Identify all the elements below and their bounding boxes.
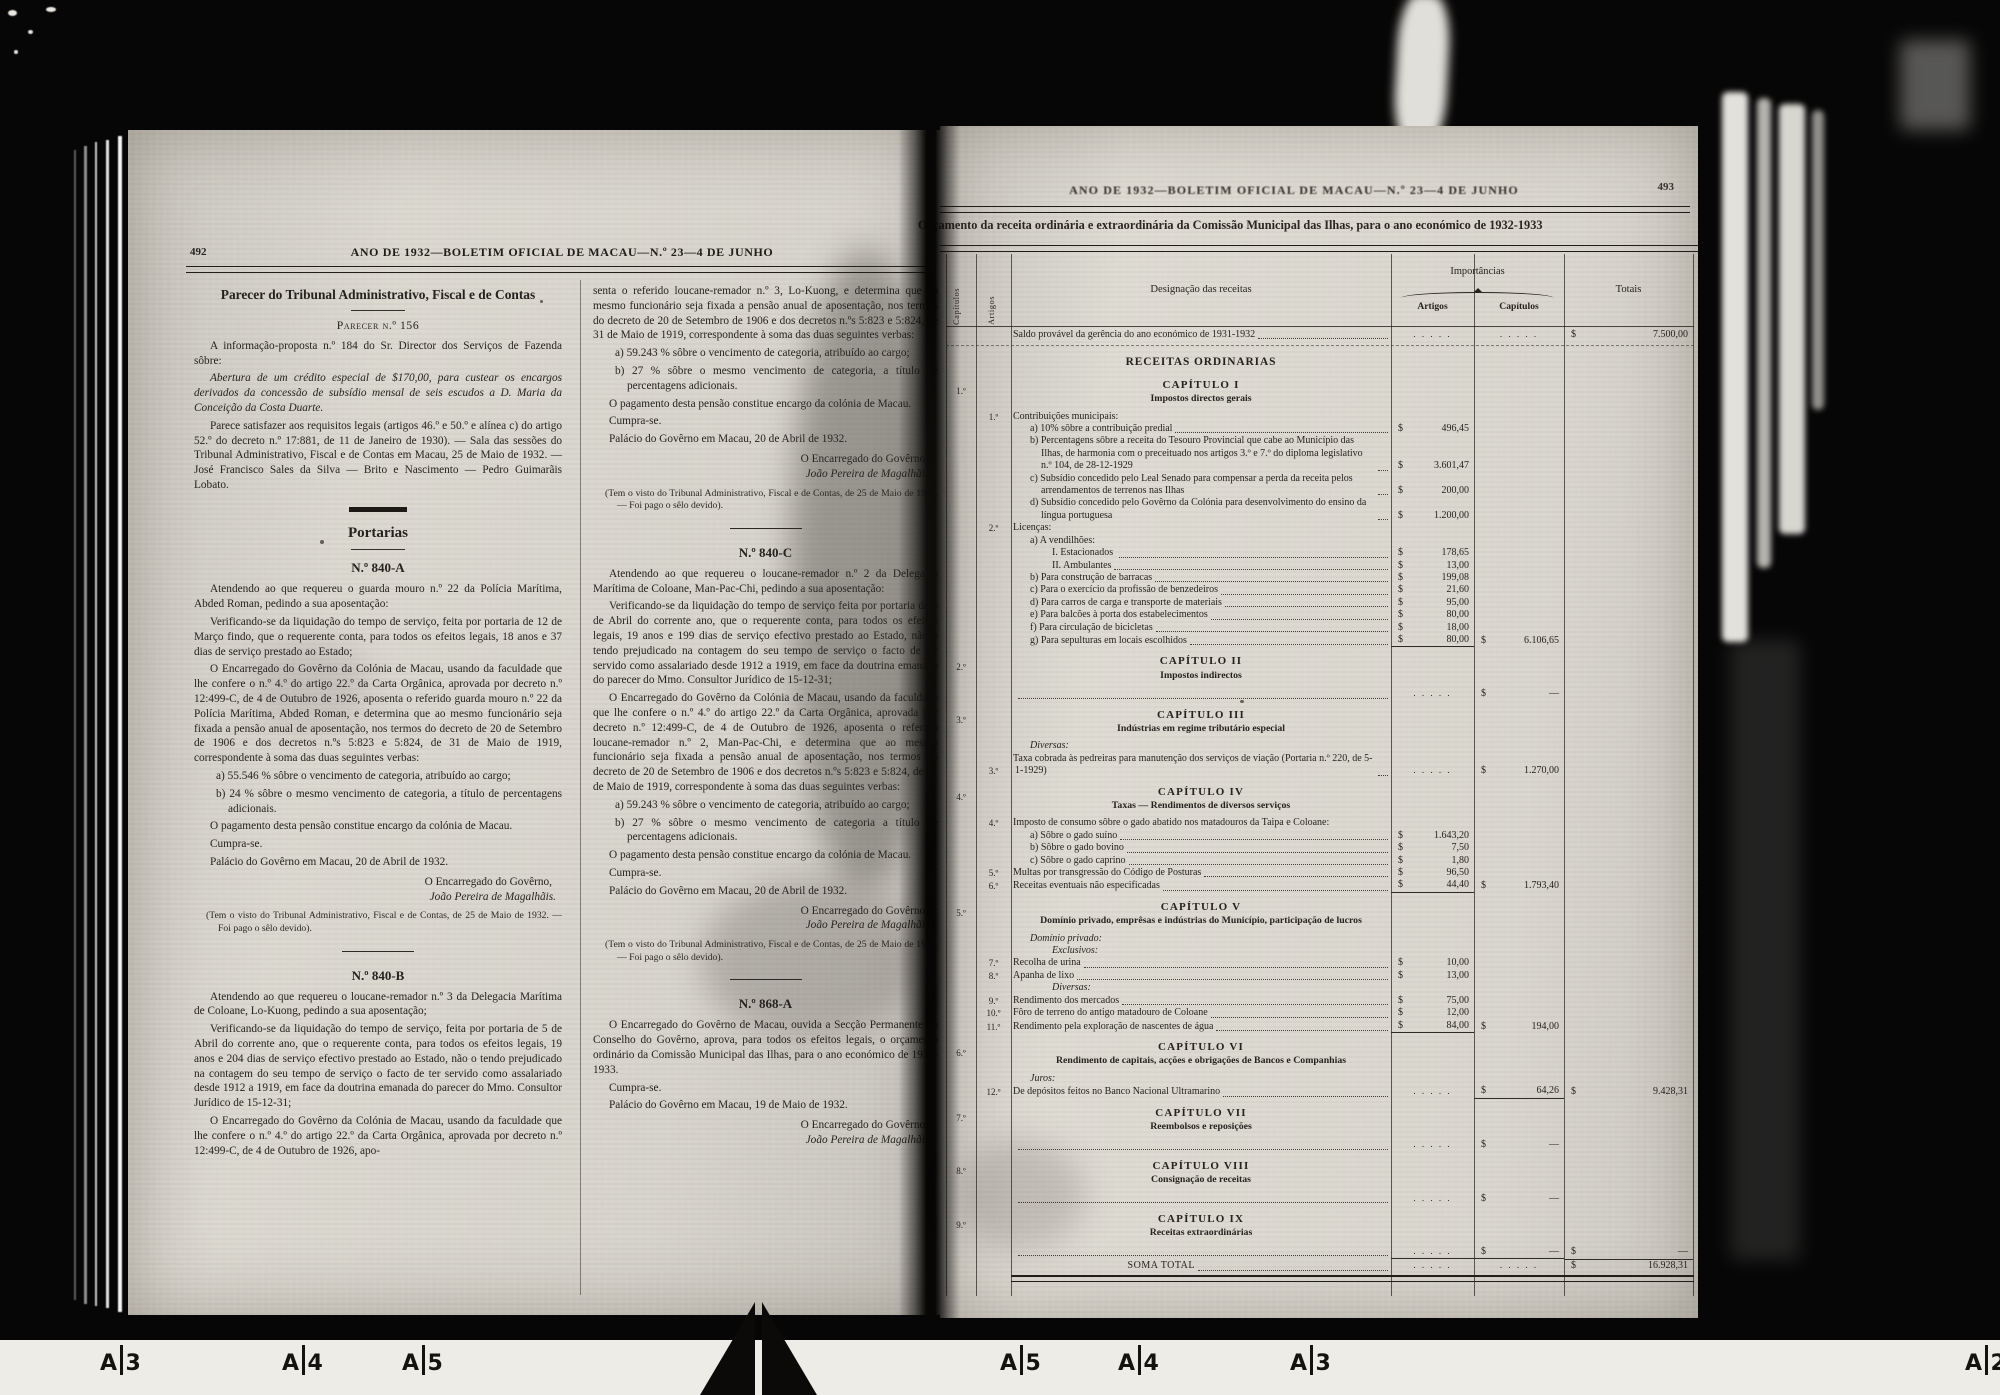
chapter-subtitle: Rendimento de capitais, acções e obrigaç… bbox=[1011, 1055, 1391, 1067]
designation: a) Sôbre o gado suíno bbox=[1011, 830, 1391, 842]
designation: Rendimento dos mercados bbox=[1011, 995, 1391, 1007]
table-row: d) Para carros de carga e transporte de … bbox=[946, 597, 1694, 609]
amount-value: 3.601,47 bbox=[1434, 460, 1469, 472]
frame-marker-letter: A bbox=[1965, 1353, 1982, 1375]
amount-value: 6.106,65 bbox=[1524, 635, 1559, 647]
article-number: 7.º bbox=[976, 957, 1011, 969]
designation-cell: b) Percentagens sôbre a receita do Tesou… bbox=[1011, 435, 1391, 472]
designation-cell: CAPÍTULO VIIReembolsos e reposições bbox=[1011, 1099, 1391, 1139]
table-row: d) Subsídio concedido pelo Govêrno da Co… bbox=[946, 497, 1694, 522]
page-header: ANO DE 1932—BOLETIM OFICIAL DE MACAU—N.º… bbox=[218, 245, 906, 260]
dollar-sign: $ bbox=[1398, 560, 1403, 572]
dollar-sign: $ bbox=[1398, 867, 1403, 879]
designation-cell: c) Sôbre o gado caprino bbox=[1011, 855, 1391, 867]
designation-cell: a) A vendilhões: bbox=[1011, 535, 1391, 547]
designation: Recolha de urina bbox=[1011, 957, 1391, 969]
dollar-sign: $ bbox=[1398, 1007, 1403, 1019]
designation-cell: Diversas: bbox=[1011, 740, 1391, 752]
designation: Fôro de terreno do antigo matadouro de C… bbox=[1011, 1007, 1391, 1019]
chapter-heading-row: 7.ºCAPÍTULO VIIReembolsos e reposições bbox=[946, 1099, 1694, 1139]
dollar-sign: $ bbox=[1398, 879, 1403, 891]
dotted-leader bbox=[1163, 890, 1388, 891]
amount-cell: $80,00 bbox=[1391, 609, 1474, 621]
page-edge-line bbox=[95, 142, 97, 1306]
importancias-brace bbox=[1401, 292, 1554, 298]
section-heading-row: RECEITAS ORDINARIAS bbox=[946, 350, 1694, 370]
designation-label: II. Ambulantes bbox=[1063, 560, 1111, 572]
designation-label: I. Estacionados bbox=[1063, 547, 1116, 559]
designation-label: b) Para construção de barracas bbox=[1041, 572, 1152, 584]
table-row: 12.ºDe depósitos feitos no Banco Naciona… bbox=[946, 1085, 1694, 1098]
designation: Contribuições municipais: bbox=[1011, 411, 1391, 423]
amount-cell: $7.500,00 bbox=[1564, 329, 1693, 341]
amount-cell: . . . . . bbox=[1391, 1192, 1474, 1205]
designation-label: Recolha de urina bbox=[1015, 957, 1081, 969]
designation: b) Para construção de barracas bbox=[1011, 572, 1391, 584]
amount-value: — bbox=[1549, 1139, 1559, 1151]
amount-cell: $12,00 bbox=[1391, 1007, 1474, 1019]
amount-value: 496,45 bbox=[1442, 423, 1470, 435]
table-header: Capítulos Artigos Designação das receita… bbox=[946, 254, 1694, 326]
amount-cell: $178,65 bbox=[1391, 547, 1474, 559]
film-scratch bbox=[1900, 40, 1970, 130]
amount-value: — bbox=[1549, 688, 1559, 700]
amount-value: 200,00 bbox=[1442, 485, 1470, 497]
amount-cell: . . . . . bbox=[1391, 764, 1474, 777]
budget-table-title: Orçamento da receita ordinária e extraor… bbox=[918, 218, 1690, 233]
page-edge-line bbox=[84, 146, 87, 1304]
designation-label: a) Sôbre o gado suíno bbox=[1041, 830, 1117, 842]
frame-marker: A4 bbox=[1118, 1345, 1159, 1375]
dotted-leader bbox=[1175, 432, 1388, 433]
amount: $194,00 bbox=[1474, 1021, 1564, 1033]
thin-divider bbox=[351, 310, 405, 311]
amount: $95,00 bbox=[1391, 597, 1474, 609]
designation-label: Fôro de terreno do antigo matadouro de C… bbox=[1015, 1007, 1208, 1019]
dollar-sign: $ bbox=[1398, 842, 1403, 854]
dotted-leader bbox=[1378, 519, 1388, 520]
page-number: 493 bbox=[1658, 181, 1675, 193]
designation-cell: c) Para o exercício da profissão de benz… bbox=[1011, 584, 1391, 596]
dotted-leader bbox=[1077, 979, 1388, 980]
designation-cell: Receitas eventuais não especificadas bbox=[1011, 880, 1391, 892]
signature-role: O Encarregado do Govêrno, bbox=[593, 1118, 938, 1133]
designation-label: Multas por transgressão do Código de Pos… bbox=[1015, 867, 1201, 879]
table-row: Domínio privado: bbox=[946, 933, 1694, 945]
designation: Imposto de consumo sôbre o gado abatido … bbox=[1011, 817, 1391, 829]
article-number: 10.º bbox=[976, 1007, 1011, 1019]
film-scratch bbox=[1722, 92, 1748, 642]
dollar-sign: $ bbox=[1398, 622, 1403, 634]
frame-marker: A3 bbox=[100, 1345, 141, 1375]
page-header: ANO DE 1932—BOLETIM OFICIAL DE MACAU—N.º… bbox=[966, 183, 1622, 198]
designation-cell: c) Subsídio concedido pelo Leal Senado p… bbox=[1011, 473, 1391, 498]
designation-label: Apanha de lixo bbox=[1015, 970, 1074, 982]
dollar-sign: $ bbox=[1481, 765, 1486, 777]
designation bbox=[1011, 1255, 1391, 1258]
ordinance-number-heading: N.º 840-B bbox=[194, 967, 562, 984]
empty-value-dots: . . . . . bbox=[1391, 764, 1474, 777]
amount: $1.200,00 bbox=[1391, 510, 1474, 522]
designation: c) Subsídio concedido pelo Leal Senado p… bbox=[1011, 473, 1391, 498]
table-header-rule bbox=[946, 326, 1694, 327]
article-number: 6.º bbox=[976, 880, 1011, 892]
dotted-leader bbox=[1127, 852, 1388, 853]
amount: $16.928,31 bbox=[1564, 1260, 1693, 1272]
table-row: 1.ºContribuições municipais: bbox=[946, 411, 1694, 423]
amount: $10,00 bbox=[1391, 957, 1474, 969]
dotted-leader bbox=[1122, 1004, 1388, 1005]
table-row: g) Para sepulturas em locais escolhidos$… bbox=[946, 634, 1694, 647]
designation-cell: Imposto de consumo sôbre o gado abatido … bbox=[1011, 817, 1391, 829]
dotted-leader bbox=[1018, 1255, 1388, 1256]
amount: $200,00 bbox=[1391, 485, 1474, 497]
frame-marker-number: 3 bbox=[126, 1353, 141, 1375]
amount-value: 1.200,00 bbox=[1434, 510, 1469, 522]
designation: Multas por transgressão do Código de Pos… bbox=[1011, 867, 1391, 879]
designation: Saldo provável da gerência do ano económ… bbox=[1011, 329, 1391, 341]
amount-value: 178,65 bbox=[1442, 547, 1470, 559]
designation-cell: f) Para circulação de bicicletas bbox=[1011, 622, 1391, 634]
dollar-sign: $ bbox=[1398, 609, 1403, 621]
designation: Receitas eventuais não especificadas bbox=[1011, 880, 1391, 892]
designation: a) A vendilhões: bbox=[1011, 535, 1391, 547]
frame-marker-number: 4 bbox=[1144, 1353, 1159, 1375]
dollar-sign: $ bbox=[1481, 1246, 1486, 1258]
film-speck bbox=[14, 50, 18, 54]
amount-cell: . . . . . bbox=[1391, 687, 1474, 700]
designation-label: Rendimento pela exploração de nascentes … bbox=[1015, 1021, 1213, 1033]
column-header-capitulos: Capítulos bbox=[1474, 301, 1564, 313]
designation-cell: Rendimento dos mercados bbox=[1011, 995, 1391, 1007]
designation: Juros: bbox=[1011, 1073, 1391, 1085]
amount-cell: . . . . . bbox=[1391, 328, 1474, 341]
designation-cell: De depósitos feitos no Banco Nacional Ul… bbox=[1011, 1086, 1391, 1098]
film-scratch bbox=[1730, 640, 1800, 1260]
header-rule bbox=[940, 206, 1690, 213]
film-speck bbox=[28, 30, 33, 34]
column-header-artigos-rotated: Artigos bbox=[985, 259, 997, 325]
amount: $13,00 bbox=[1391, 560, 1474, 572]
dotted-leader bbox=[1119, 557, 1388, 558]
signature-name: João Pereira de Magalhãis. bbox=[194, 890, 562, 905]
amount-cell: . . . . . bbox=[1474, 1258, 1564, 1272]
dotted-leader bbox=[1378, 470, 1388, 471]
frame-marker-letter: A bbox=[1118, 1353, 1135, 1375]
designation-cell bbox=[1011, 1255, 1391, 1258]
designation-label: d) Subsídio concedido pelo Govêrno da Co… bbox=[1041, 497, 1375, 522]
paragraph: Parece satisfazer aos requisitos legais … bbox=[194, 419, 562, 493]
dollar-sign: $ bbox=[1481, 1021, 1486, 1033]
designation-cell: Multas por transgressão do Código de Pos… bbox=[1011, 867, 1391, 879]
amount-cell: . . . . . bbox=[1391, 1245, 1474, 1258]
amount-value: 84,00 bbox=[1447, 1020, 1470, 1032]
amount: $— bbox=[1474, 688, 1564, 700]
amount: $13,00 bbox=[1391, 970, 1474, 982]
amount: $7,50 bbox=[1391, 842, 1474, 854]
designation: a) 10% sôbre a contribuição predial bbox=[1011, 423, 1391, 435]
designation: e) Para balcões à porta dos estabelecime… bbox=[1011, 609, 1391, 621]
dotted-leader bbox=[1225, 606, 1388, 607]
article-number: 2.º bbox=[976, 522, 1011, 534]
title-rule bbox=[940, 245, 1698, 252]
designation: Domínio privado: bbox=[1011, 933, 1391, 945]
article-number: 4.º bbox=[976, 817, 1011, 829]
table-row: b) Percentagens sôbre a receita do Tesou… bbox=[946, 435, 1694, 472]
dotted-leader bbox=[1204, 876, 1388, 877]
amount-cell: $3.601,47 bbox=[1391, 460, 1474, 472]
amount-cell: . . . . . bbox=[1474, 328, 1564, 341]
designation-label: De depósitos feitos no Banco Nacional Ul… bbox=[1015, 1086, 1220, 1098]
designation-cell: d) Para carros de carga e transporte de … bbox=[1011, 597, 1391, 609]
designation: Taxa cobrada às pedreiras para manutençã… bbox=[1011, 753, 1391, 778]
table-row: Exclusivos: bbox=[946, 945, 1694, 957]
dollar-sign: $ bbox=[1398, 957, 1403, 969]
designation: c) Para o exercício da profissão de benz… bbox=[1011, 584, 1391, 596]
dollar-sign: $ bbox=[1481, 635, 1486, 647]
visto-note: (Tem o visto do Tribunal Administrativo,… bbox=[194, 910, 562, 935]
amount: $178,65 bbox=[1391, 547, 1474, 559]
designation-cell: Juros: bbox=[1011, 1073, 1391, 1085]
table-row: b) Para construção de barracas$199,08 bbox=[946, 572, 1694, 584]
page-edge-line bbox=[74, 150, 76, 1300]
table-row: c) Subsídio concedido pelo Leal Senado p… bbox=[946, 473, 1694, 498]
amount-cell: $10,00 bbox=[1391, 957, 1474, 969]
designation-label: Rendimento dos mercados bbox=[1015, 995, 1119, 1007]
designation-cell: Licenças: bbox=[1011, 522, 1391, 534]
dollar-sign: $ bbox=[1398, 995, 1403, 1007]
designation: Diversas: bbox=[1011, 740, 1391, 752]
designation-label: Juros: bbox=[1041, 1073, 1055, 1085]
amount-cell: $194,00 bbox=[1474, 1021, 1564, 1033]
designation-label: Taxa cobrada às pedreiras para manutençã… bbox=[1015, 753, 1375, 778]
article-number: 12.º bbox=[976, 1086, 1011, 1098]
dollar-sign: $ bbox=[1398, 970, 1403, 982]
chapter-subtitle: Taxas — Rendimentos de diversos serviços bbox=[1011, 800, 1391, 812]
amount-cell: . . . . . bbox=[1391, 1138, 1474, 1151]
table-row: Diversas: bbox=[946, 740, 1694, 752]
film-scratch bbox=[1757, 98, 1771, 568]
dollar-sign: $ bbox=[1398, 485, 1403, 497]
table-row: 2.ºLicenças: bbox=[946, 522, 1694, 534]
dollar-sign: $ bbox=[1571, 1260, 1576, 1272]
dollar-sign: $ bbox=[1398, 584, 1403, 596]
table-row: I. Estacionados$178,65 bbox=[946, 547, 1694, 559]
designation: De depósitos feitos no Banco Nacional Ul… bbox=[1011, 1086, 1391, 1098]
list-item: a) 55.546 % sôbre o vencimento de catego… bbox=[194, 769, 562, 784]
designation-label: Contribuições municipais: bbox=[1015, 411, 1118, 423]
film-smudge bbox=[790, 250, 940, 890]
dotted-leader bbox=[1216, 1030, 1388, 1031]
dotted-leader bbox=[1129, 864, 1388, 865]
paragraph: Palácio do Govêrno em Macau, 20 de Abril… bbox=[194, 855, 562, 870]
designation-cell: e) Para balcões à porta dos estabelecime… bbox=[1011, 609, 1391, 621]
designation-label: e) Para balcões à porta dos estabelecime… bbox=[1041, 609, 1208, 621]
section-title: RECEITAS ORDINARIAS bbox=[1011, 356, 1391, 368]
dotted-leader bbox=[1018, 1149, 1388, 1150]
chapter-heading-row: 4.ºCAPÍTULO IVTaxas — Rendimentos de div… bbox=[946, 778, 1694, 818]
amount-cell: $1,80 bbox=[1391, 855, 1474, 867]
designation-cell: Fôro de terreno do antigo matadouro de C… bbox=[1011, 1007, 1391, 1019]
grand-total-double-rule bbox=[1011, 1275, 1694, 1282]
table-row: 9.ºRendimento dos mercados$75,00 bbox=[946, 995, 1694, 1007]
frame-marker: A4 bbox=[282, 1345, 323, 1375]
designation-label: f) Para circulação de bicicletas bbox=[1041, 622, 1153, 634]
amount-cell: $200,00 bbox=[1391, 485, 1474, 497]
chapter-heading-row: 1.ºCAPÍTULO IImpostos directos gerais bbox=[946, 371, 1694, 411]
amount: $— bbox=[1474, 1246, 1564, 1258]
film-smudge bbox=[955, 1140, 1085, 1250]
film-speck bbox=[46, 7, 56, 12]
amount-cell: $75,00 bbox=[1391, 995, 1474, 1007]
designation-cell: b) Sôbre o gado bovino bbox=[1011, 842, 1391, 854]
amount-cell: $496,45 bbox=[1391, 423, 1474, 435]
frame-marker-letter: A bbox=[1000, 1353, 1017, 1375]
designation-label: Imposto de consumo sôbre o gado abatido … bbox=[1015, 817, 1329, 829]
amount: $21,60 bbox=[1391, 584, 1474, 596]
thin-divider bbox=[351, 549, 405, 550]
empty-value-dots: . . . . . bbox=[1391, 328, 1474, 341]
page-edge-line bbox=[106, 140, 109, 1308]
paragraph: Atendendo ao que requereu o loucane-rema… bbox=[194, 990, 562, 1020]
amount-cell: $95,00 bbox=[1391, 597, 1474, 609]
designation-label: Domínio privado: bbox=[1041, 933, 1102, 945]
designation-label: c) Subsídio concedido pelo Leal Senado p… bbox=[1041, 473, 1375, 498]
chapter-subtitle: Impostos directos gerais bbox=[1011, 393, 1391, 405]
frame-marker-bar bbox=[1020, 1345, 1023, 1375]
designation-cell: II. Ambulantes bbox=[1011, 560, 1391, 572]
thick-divider bbox=[349, 507, 407, 512]
dollar-sign: $ bbox=[1571, 1086, 1576, 1098]
dollar-sign: $ bbox=[1398, 830, 1403, 842]
dotted-leader bbox=[1156, 631, 1388, 632]
page-edge-line bbox=[118, 136, 122, 1312]
amount: $1.793,40 bbox=[1474, 880, 1564, 892]
table-row: . . . . .$—$— bbox=[946, 1245, 1694, 1258]
amount-cell: . . . . . bbox=[1391, 1258, 1474, 1272]
amount-value: 16.928,31 bbox=[1648, 1260, 1688, 1272]
designation-cell: Diversas: bbox=[1011, 982, 1391, 994]
designation-label: Diversas: bbox=[1063, 982, 1091, 994]
dollar-sign: $ bbox=[1481, 1193, 1486, 1205]
table-row: c) Para o exercício da profissão de benz… bbox=[946, 584, 1694, 596]
ink-spot bbox=[540, 300, 543, 303]
designation-label: a) 10% sôbre a contribuição predial bbox=[1041, 423, 1172, 435]
page-number: 492 bbox=[190, 246, 207, 258]
amount: $1,80 bbox=[1391, 855, 1474, 867]
chapter-heading-row: 3.ºCAPÍTULO IIIIndústrias em regime trib… bbox=[946, 701, 1694, 741]
amount: $64,26 bbox=[1474, 1085, 1564, 1097]
paragraph-italic: Abertura de um crédito especial de $170,… bbox=[194, 371, 562, 415]
dollar-sign: $ bbox=[1571, 329, 1576, 341]
parecer-number: Parecer n.º 156 bbox=[194, 318, 562, 333]
amount-cell: $18,00 bbox=[1391, 622, 1474, 634]
amount-cell: $1.200,00 bbox=[1391, 510, 1474, 522]
designation-label: c) Sôbre o gado caprino bbox=[1041, 855, 1126, 867]
designation-label: Exclusivos: bbox=[1063, 945, 1098, 957]
article-number: 1.º bbox=[976, 411, 1011, 423]
chapter-title: CAPÍTULO VII bbox=[1011, 1107, 1391, 1119]
column-header-artigos: Artigos bbox=[1391, 301, 1474, 313]
table-row: a) A vendilhões: bbox=[946, 535, 1694, 547]
amount-cell: $1.643,20 bbox=[1391, 830, 1474, 842]
text-column-left: Parecer do Tribunal Administrativo, Fisc… bbox=[194, 284, 562, 1161]
empty-value-dots: . . . . . bbox=[1474, 328, 1564, 341]
section-heading: Portarias bbox=[194, 524, 562, 544]
designation-cell: Rendimento pela exploração de nascentes … bbox=[1011, 1021, 1391, 1033]
amount: $84,00 bbox=[1391, 1020, 1474, 1032]
designation-cell: CAPÍTULO IIImpostos indirectos bbox=[1011, 647, 1391, 687]
designation-cell: a) 10% sôbre a contribuição predial bbox=[1011, 423, 1391, 435]
column-header-designacao: Designação das receitas bbox=[1011, 284, 1391, 296]
right-page: ANO DE 1932—BOLETIM OFICIAL DE MACAU—N.º… bbox=[940, 126, 1698, 1318]
dotted-leader bbox=[1211, 619, 1388, 620]
film-scratch bbox=[1812, 110, 1824, 410]
designation-cell: CAPÍTULO VIRendimento de capitais, acçõe… bbox=[1011, 1033, 1391, 1073]
designation: c) Sôbre o gado caprino bbox=[1011, 855, 1391, 867]
microfilm-frame: 492 ANO DE 1932—BOLETIM OFICIAL DE MACAU… bbox=[0, 0, 2000, 1395]
table-row: 4.ºImposto de consumo sôbre o gado abati… bbox=[946, 817, 1694, 829]
empty-value-dots: . . . . . bbox=[1391, 1085, 1474, 1098]
empty-value-dots: . . . . . bbox=[1391, 1192, 1474, 1205]
designation-cell: g) Para sepulturas em locais escolhidos bbox=[1011, 635, 1391, 647]
designation-label: Receitas eventuais não especificadas bbox=[1015, 880, 1160, 892]
designation-cell: Saldo provável da gerência do ano económ… bbox=[1011, 329, 1391, 341]
amount-value: 13,00 bbox=[1447, 560, 1470, 572]
frame-marker: A2 bbox=[1965, 1345, 2000, 1375]
dollar-sign: $ bbox=[1481, 880, 1486, 892]
amount-value: 80,00 bbox=[1447, 634, 1470, 646]
table-row: c) Sôbre o gado caprino$1,80 bbox=[946, 855, 1694, 867]
column-header-importancias: Importâncias bbox=[1391, 266, 1564, 278]
amount-cell: $64,26 bbox=[1474, 1085, 1564, 1098]
article-number: 9.º bbox=[976, 995, 1011, 1007]
amount-cell: $199,08 bbox=[1391, 572, 1474, 584]
table-row: a) 10% sôbre a contribuição predial$496,… bbox=[946, 423, 1694, 435]
film-smudge bbox=[700, 880, 920, 1040]
frame-marker-number: 3 bbox=[1316, 1353, 1331, 1375]
paragraph: Verificando-se da liquidação do tempo de… bbox=[194, 1022, 562, 1111]
amount-cell: $— bbox=[1564, 1246, 1693, 1258]
table-row: b) Sôbre o gado bovino$7,50 bbox=[946, 842, 1694, 854]
amount-cell: $— bbox=[1474, 1139, 1564, 1151]
dotted-leader bbox=[1190, 644, 1388, 645]
amount-value: 1.643,20 bbox=[1434, 830, 1469, 842]
table-row: f) Para circulação de bicicletas$18,00 bbox=[946, 622, 1694, 634]
amount-value: 13,00 bbox=[1447, 970, 1470, 982]
paragraph: O pagamento desta pensão constitue encar… bbox=[194, 819, 562, 834]
table-row: e) Para balcões à porta dos estabelecime… bbox=[946, 609, 1694, 621]
dollar-sign: $ bbox=[1481, 688, 1486, 700]
designation: b) Percentagens sôbre a receita do Tesou… bbox=[1011, 435, 1391, 472]
designation-label: b) Percentagens sôbre a receita do Tesou… bbox=[1041, 435, 1375, 472]
designation-cell: CAPÍTULO VDomínio privado, emprêsas e in… bbox=[1011, 893, 1391, 933]
chapter-subtitle: Impostos indirectos bbox=[1011, 670, 1391, 682]
designation: Apanha de lixo bbox=[1011, 970, 1391, 982]
designation: Rendimento pela exploração de nascentes … bbox=[1011, 1021, 1391, 1033]
dollar-sign: $ bbox=[1398, 1020, 1403, 1032]
amount-cell: . . . . . bbox=[1391, 1085, 1474, 1098]
dotted-leader bbox=[1120, 839, 1388, 840]
amount: $6.106,65 bbox=[1474, 635, 1564, 647]
grand-total-row: SOMA TOTAL. . . . .. . . . .$16.928,31 bbox=[946, 1258, 1694, 1272]
frame-marker-bar bbox=[1310, 1345, 1313, 1375]
amount-cell: $6.106,65 bbox=[1474, 635, 1564, 647]
amount: $496,45 bbox=[1391, 423, 1474, 435]
table-row: 8.ºApanha de lixo$13,00 bbox=[946, 970, 1694, 982]
designation-cell: Apanha de lixo bbox=[1011, 970, 1391, 982]
amount-value: 96,50 bbox=[1447, 867, 1470, 879]
